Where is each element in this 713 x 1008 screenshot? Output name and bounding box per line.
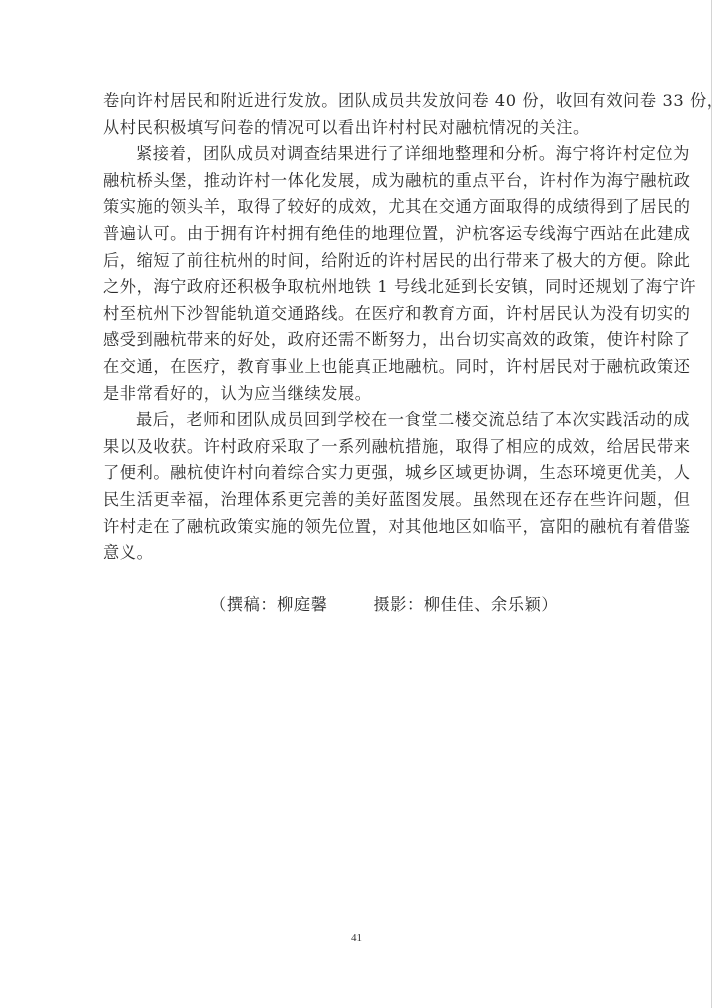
text-line: 之外，海宁政府还积极争取杭州地铁 1 号线北延到长安镇，同时还规划了海宁许: [103, 274, 611, 301]
author-photographer-credit: （撰稿：柳庭馨 摄影：柳佳佳、余乐颖）: [210, 592, 558, 618]
text-line: 意义。: [103, 540, 611, 567]
text-line: 果以及收获。许村政府采取了一系列融杭措施，取得了相应的成效，给居民带来: [103, 434, 611, 461]
page-number: 41: [0, 932, 713, 944]
page-edge-divider: [711, 0, 712, 1008]
text-line: 最后，老师和团队成员回到学校在一食堂二楼交流总结了本次实践活动的成: [103, 407, 611, 434]
text-line: 是非常看好的，认为应当继续发展。: [103, 381, 611, 408]
text-line: 许村走在了融杭政策实施的领先位置，对其他地区如临平，富阳的融杭有着借鉴: [103, 514, 611, 541]
document-body: 卷向许村居民和附近进行发放。团队成员共发放问卷 40 份，收回有效问卷 33 份…: [103, 88, 611, 567]
text-line: 村至杭州下沙智能轨道交通路线。在医疗和教育方面，许村居民认为没有切实的: [103, 301, 611, 328]
text-line: 紧接着，团队成员对调查结果进行了详细地整理和分析。海宁将许村定位为: [103, 141, 611, 168]
text-line: 普遍认可。由于拥有许村拥有绝佳的地理位置，沪杭客运专线海宁西站在此建成: [103, 221, 611, 248]
text-line: 策实施的领头羊，取得了较好的成效，尤其在交通方面取得的成绩得到了居民的: [103, 194, 611, 221]
text-line: 感受到融杭带来的好处，政府还需不断努力，出台切实高效的政策，使许村除了: [103, 327, 611, 354]
paragraph-survey-analysis: 紧接着，团队成员对调查结果进行了详细地整理和分析。海宁将许村定位为 融杭桥头堡，…: [103, 141, 611, 407]
text-line: 在交通，在医疗，教育事业上也能真正地融杭。同时，许村居民对于融杭政策还: [103, 354, 611, 381]
text-line: 了便利。融杭使许村向着综合实力更强，城乡区域更协调，生态环境更优美，人: [103, 460, 611, 487]
text-line: 卷向许村居民和附近进行发放。团队成员共发放问卷 40 份，收回有效问卷 33 份…: [103, 88, 611, 115]
text-line: 从村民积极填写问卷的情况可以看出许村村民对融杭情况的关注。: [103, 115, 611, 142]
paragraph-conclusion: 最后，老师和团队成员回到学校在一食堂二楼交流总结了本次实践活动的成 果以及收获。…: [103, 407, 611, 567]
text-line: 民生活更幸福，治理体系更完善的美好蓝图发展。虽然现在还存在些许问题，但: [103, 487, 611, 514]
text-line: 融杭桥头堡，推动许村一体化发展，成为融杭的重点平台，许村作为海宁融杭政: [103, 168, 611, 195]
text-line: 后，缩短了前往杭州的时间，给附近的许村居民的出行带来了极大的方便。除此: [103, 248, 611, 275]
paragraph-survey-distribution: 卷向许村居民和附近进行发放。团队成员共发放问卷 40 份，收回有效问卷 33 份…: [103, 88, 611, 141]
